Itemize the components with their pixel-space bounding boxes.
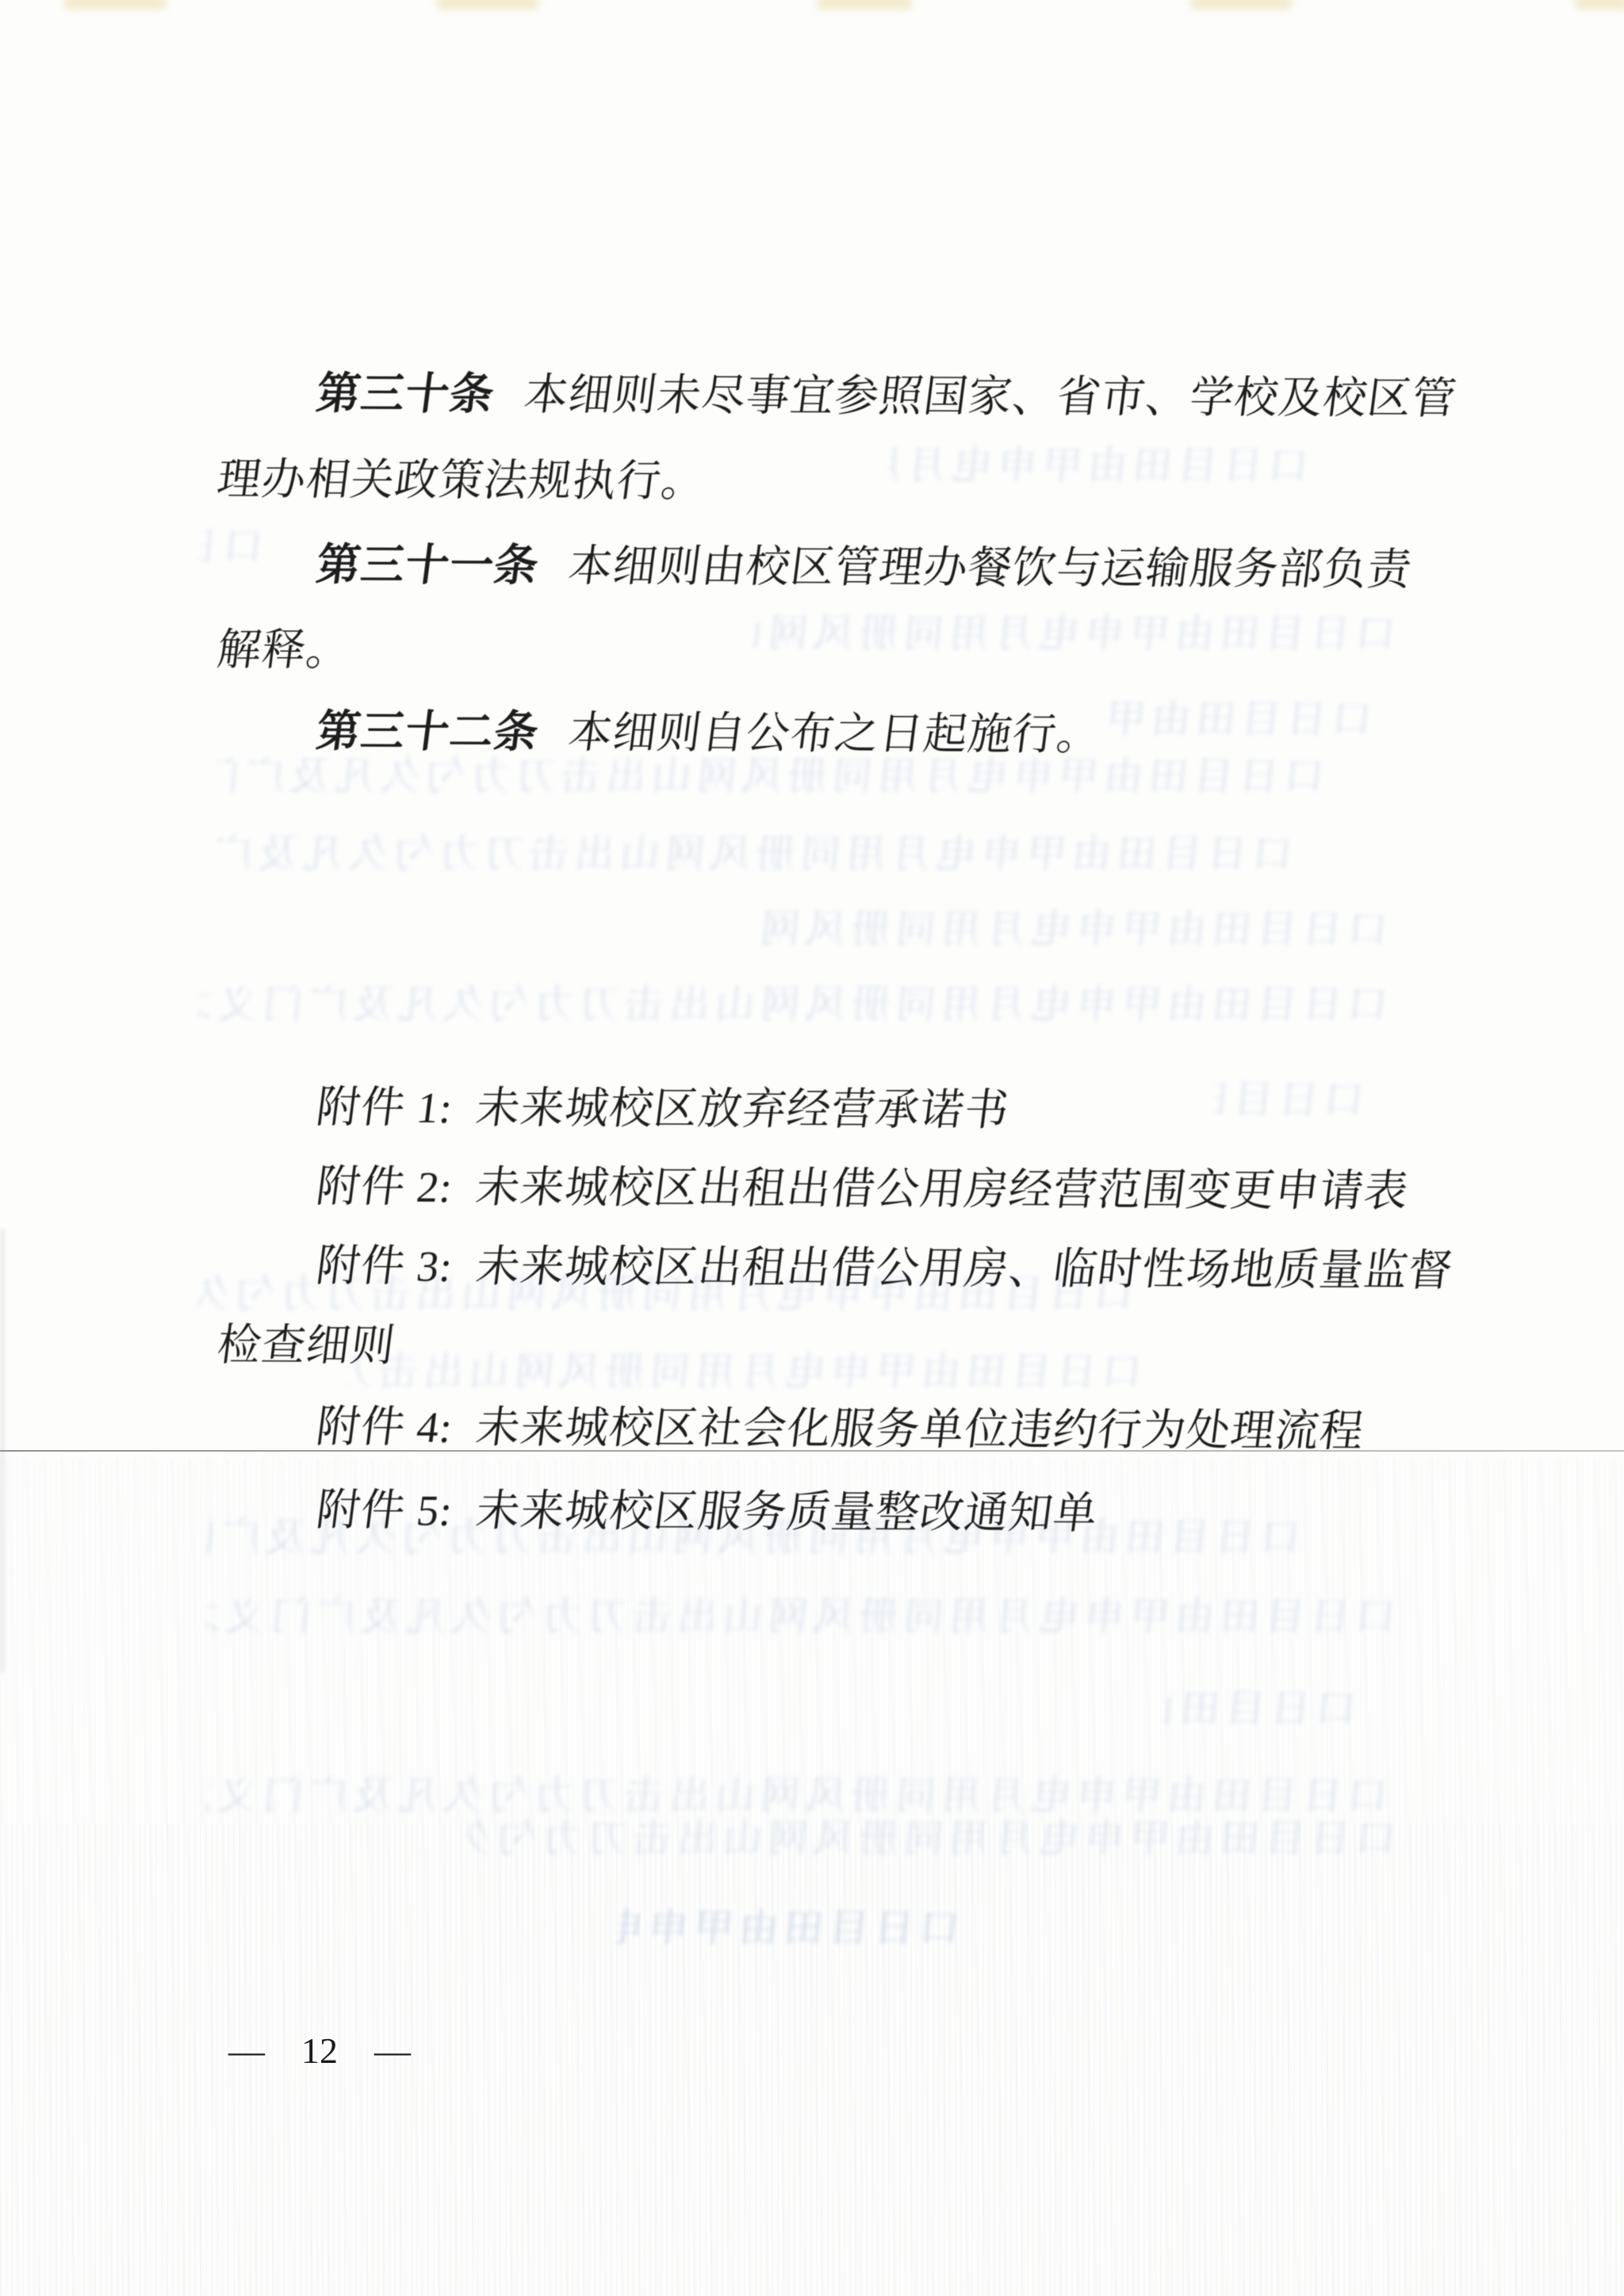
top-edge-stain xyxy=(1574,0,1624,10)
bleed-through-row: 口日目田由甲申电月用同册风网山出击刀力勺久凡及广门义之已弓己卫也女刃飞习叉马乡口… xyxy=(1211,1078,1366,1121)
attachment-text: 检查细则 xyxy=(215,1321,399,1370)
bleed-through-row: 口日目田由甲申电月用同册风网山出击刀力勺久凡及广门义之已弓己卫也女刃飞习叉马乡口… xyxy=(465,1817,1398,1860)
article-text: 本细则未尽事宜参照国家、省市、学校及校区管 xyxy=(521,370,1459,423)
article-line: 第三十条本细则未尽事宜参照国家、省市、学校及校区管 xyxy=(313,358,1461,426)
attachment-label: 附件 1: xyxy=(314,1083,456,1132)
attachment-text: 未来城校区服务质量整改通知单 xyxy=(473,1487,1101,1537)
article-continuation-line: 解释。 xyxy=(214,614,355,678)
attachment-text: 未来城校区社会化服务单位违约行为处理流程 xyxy=(473,1403,1367,1456)
bleed-through-row: 口日目田由甲申电月用同册风网山出击刀力勺久凡及广门义之已弓己卫也女刃飞习叉马乡口… xyxy=(1163,1687,1358,1730)
page-number-value: 12 xyxy=(301,2030,338,2072)
bleed-through-row: 口日目田由甲申电月用同册风网山出击刀力勺久凡及广门义之已弓己卫也女刃飞习叉马乡口… xyxy=(886,444,1311,487)
bleed-through-row: 口日目田由甲申电月用同册风网山出击刀力勺久凡及广门义之已弓己卫也女刃飞习叉马乡口… xyxy=(212,755,1327,798)
article-line: 第三十一条本细则由校区管理办餐饮与运输服务部负责 xyxy=(313,530,1416,597)
article-number: 第三十条 xyxy=(314,369,498,419)
bleed-through-row: 口日目田由甲申电月用同册风网山出击刀力勺久凡及广门义之已弓己卫也女刃飞习叉马乡口… xyxy=(204,1595,1398,1638)
attachment-label: 附件 5: xyxy=(314,1486,456,1535)
bleed-through-row: 口日目田由甲申电月用同册风网山出击刀力勺久凡及广门义之已弓己卫也女刃飞习叉马乡口… xyxy=(212,832,1295,875)
attachment-line: 附件 3:未来城校区出租出借公用房、临时性场地质量监督 xyxy=(313,1230,1457,1298)
attachment-label: 附件 3: xyxy=(314,1242,456,1291)
attachment-continuation-line: 检查细则 xyxy=(214,1310,400,1373)
article-continuation-line: 理办相关政策法规执行。 xyxy=(214,444,710,509)
bleed-through-row: 口日目田由甲申电月用同册风网山出击刀力勺久凡及广门义之已弓己卫也女刃飞习叉马乡口… xyxy=(197,525,266,568)
bleed-through-row: 口日目田由甲申电月用同册风网山出击刀力勺久凡及广门义之已弓己卫也女刃飞习叉马乡口… xyxy=(1100,698,1374,740)
attachment-text: 未来城校区出租出借公用房、临时性场地质量监督 xyxy=(473,1242,1456,1295)
attachment-label: 附件 4: xyxy=(314,1402,456,1452)
article-text: 解释。 xyxy=(215,626,354,675)
page-number-dash: — xyxy=(374,2030,411,2072)
top-edge-stain xyxy=(63,0,167,10)
article-number: 第三十二条 xyxy=(314,707,542,756)
attachment-text: 未来城校区放弃经营承诺书 xyxy=(473,1084,1012,1135)
page-number-dash: — xyxy=(228,2030,265,2072)
attachment-line: 附件 1:未来城校区放弃经营承诺书 xyxy=(313,1072,1013,1138)
article-text: 本细则由校区管理办餐饮与运输服务部负责 xyxy=(565,541,1415,594)
scan-divider-line xyxy=(0,1450,1624,1452)
page-number: —12— xyxy=(228,2030,411,2072)
article-text: 理办相关政策法规执行。 xyxy=(215,455,709,506)
top-edge-stain xyxy=(817,0,912,10)
bleed-through-row: 口日目田由甲申电月用同册风网山出击刀力勺久凡及广门义之已弓己卫也女刃飞习叉马乡口… xyxy=(196,983,1390,1026)
attachment-line: 附件 5:未来城校区服务质量整改通知单 xyxy=(313,1475,1102,1540)
attachment-text: 未来城校区出租出借公用房经营范围变更申请表 xyxy=(473,1163,1411,1215)
bleed-through-row: 口日目田由甲申电月用同册风网山出击刀力勺久凡及广门义之已弓己卫也女刃飞习叉马乡口… xyxy=(751,612,1398,655)
top-edge-stain xyxy=(436,0,539,10)
attachment-line: 附件 2:未来城校区出租出借公用房经营范围变更申请表 xyxy=(313,1151,1413,1219)
bleed-through-row: 口日目田由甲申电月用同册风网山出击刀力勺久凡及广门义之已弓己卫也女刃飞习叉马乡口… xyxy=(751,908,1390,951)
attachment-line: 附件 4:未来城校区社会化服务单位违约行为处理流程 xyxy=(313,1391,1369,1459)
bleed-through-row: 口日目田由甲申电月用同册风网山出击刀力勺久凡及广门义之已弓己卫也女刃飞习叉马乡口… xyxy=(204,1774,1390,1817)
article-line: 第三十二条本细则自公布之日起施行。 xyxy=(313,696,1106,762)
scanned-document-page: 口日目田由甲申电月用同册风网山出击刀力勺久凡及广门义之已弓己卫也女刃飞习叉马乡口… xyxy=(0,0,1624,2296)
bleed-through-row: 口日目田由甲申电月用同册风网山出击刀力勺久凡及广门义之已弓己卫也女刃飞习叉马乡口… xyxy=(347,1350,1144,1393)
attachment-label: 附件 2: xyxy=(314,1162,456,1211)
article-number: 第三十一条 xyxy=(314,541,542,590)
article-text: 本细则自公布之日起施行。 xyxy=(565,708,1104,759)
top-edge-stain xyxy=(1189,0,1293,10)
bleed-through-row: 口日目田由甲申电月用同册风网山出击刀力勺久凡及广门义之已弓己卫也女刃飞习叉马乡口… xyxy=(616,1907,962,1950)
